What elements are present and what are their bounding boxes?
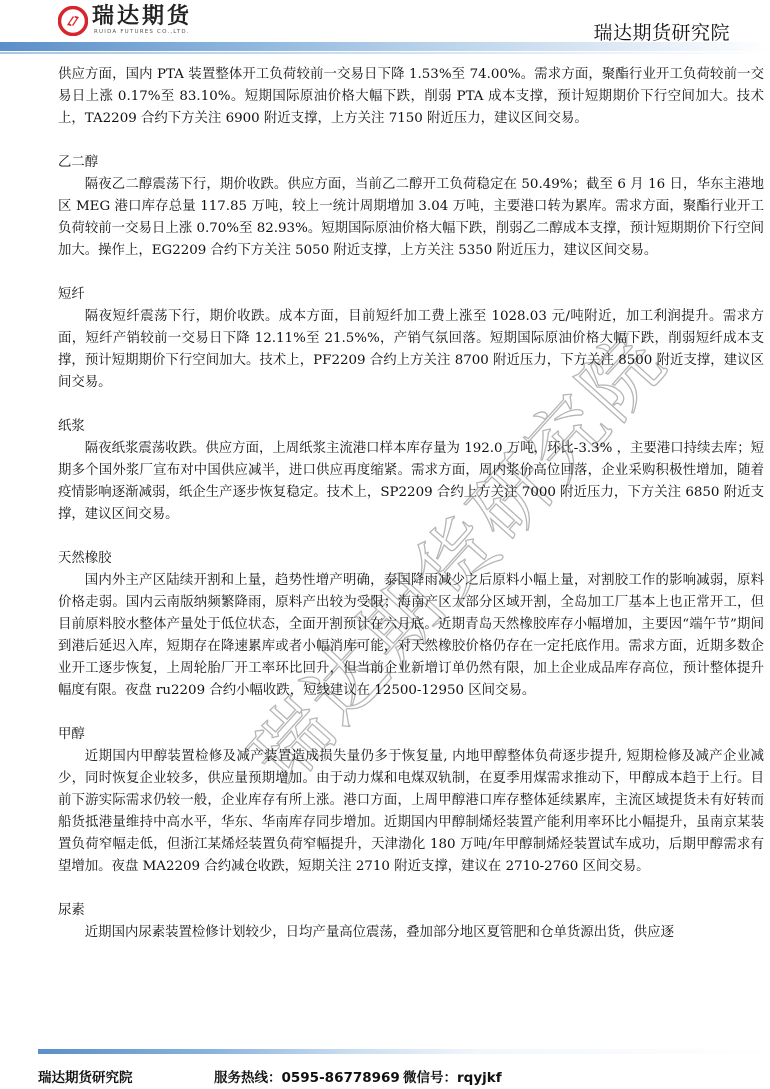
section-natural-rubber: 天然橡胶 国内外主产区陆续开割和上量，趋势性增产明确，泰国降雨减少之后原料小幅上… bbox=[58, 548, 764, 702]
section-title: 短纤 bbox=[58, 284, 764, 306]
footer-hotline: 服务热线：0595-86778969 bbox=[214, 1066, 400, 1086]
section-urea: 尿素 近期国内尿素装置检修计划较少，日均产量高位震荡，叠加部分地区夏管肥和仓单货… bbox=[58, 900, 764, 944]
section-body: 隔夜纸浆震荡收跌。供应方面，上周纸浆主流港口样本库存量为 192.0 万吨，环比… bbox=[58, 438, 764, 526]
section-body: 近期国内甲醇装置检修及减产装置造成损失量仍多于恢复量, 内地甲醇整体负荷逐步提升… bbox=[58, 746, 764, 878]
section-title: 甲醇 bbox=[58, 724, 764, 746]
section-body: 隔夜乙二醇震荡下行，期价收跌。供应方面，当前乙二醇开工负荷稳定在 50.49%；… bbox=[58, 174, 764, 262]
logo-subtext: RUIDA FUTURES CO.,LTD. bbox=[94, 29, 192, 36]
logo-text: 瑞达期货 bbox=[92, 5, 192, 29]
section-body: 隔夜短纤震荡下行，期价收跌。成本方面，目前短纤加工费上涨至 1028.03 元/… bbox=[58, 306, 764, 394]
page-footer: 瑞达期货研究院 服务热线：0595-86778969 微信号：rqyjkf bbox=[38, 1066, 758, 1086]
section-ethylene-glycol: 乙二醇 隔夜乙二醇震荡下行，期价收跌。供应方面，当前乙二醇开工负荷稳定在 50.… bbox=[58, 152, 764, 262]
company-logo: 瑞达期货 RUIDA FUTURES CO.,LTD. bbox=[58, 5, 192, 36]
section-title: 乙二醇 bbox=[58, 152, 764, 174]
header-divider-line bbox=[0, 52, 770, 54]
section-methanol: 甲醇 近期国内甲醇装置检修及减产装置造成损失量仍多于恢复量, 内地甲醇整体负荷逐… bbox=[58, 724, 764, 878]
section-staple-fiber: 短纤 隔夜短纤震荡下行，期价收跌。成本方面，目前短纤加工费上涨至 1028.03… bbox=[58, 284, 764, 394]
footer-divider-fade bbox=[478, 1049, 770, 1054]
section-title: 尿素 bbox=[58, 900, 764, 922]
footer-divider-bar bbox=[38, 1049, 478, 1054]
section-pta: 供应方面，国内 PTA 装置整体开工负荷较前一交易日下降 1.53%至 74.0… bbox=[58, 64, 764, 130]
section-body: 近期国内尿素装置检修计划较少，日均产量高位震荡，叠加部分地区夏管肥和仓单货源出货… bbox=[58, 922, 764, 944]
section-title: 天然橡胶 bbox=[58, 548, 764, 570]
section-title: 纸浆 bbox=[58, 416, 764, 438]
logo-mark-icon bbox=[58, 6, 88, 36]
header-title: 瑞达期货研究院 bbox=[593, 18, 730, 45]
page-header: 瑞达期货 RUIDA FUTURES CO.,LTD. 瑞达期货研究院 bbox=[0, 0, 770, 60]
report-body: 供应方面，国内 PTA 装置整体开工负荷较前一交易日下降 1.53%至 74.0… bbox=[58, 64, 764, 966]
section-body: 供应方面，国内 PTA 装置整体开工负荷较前一交易日下降 1.53%至 74.0… bbox=[58, 64, 764, 130]
header-divider-bar bbox=[0, 42, 770, 51]
section-body: 国内外主产区陆续开割和上量，趋势性增产明确，泰国降雨减少之后原料小幅上量，对割胶… bbox=[58, 570, 764, 702]
footer-wechat: 微信号：rqyjkf bbox=[403, 1066, 502, 1086]
footer-org: 瑞达期货研究院 bbox=[38, 1066, 133, 1086]
section-pulp: 纸浆 隔夜纸浆震荡收跌。供应方面，上周纸浆主流港口样本库存量为 192.0 万吨… bbox=[58, 416, 764, 526]
